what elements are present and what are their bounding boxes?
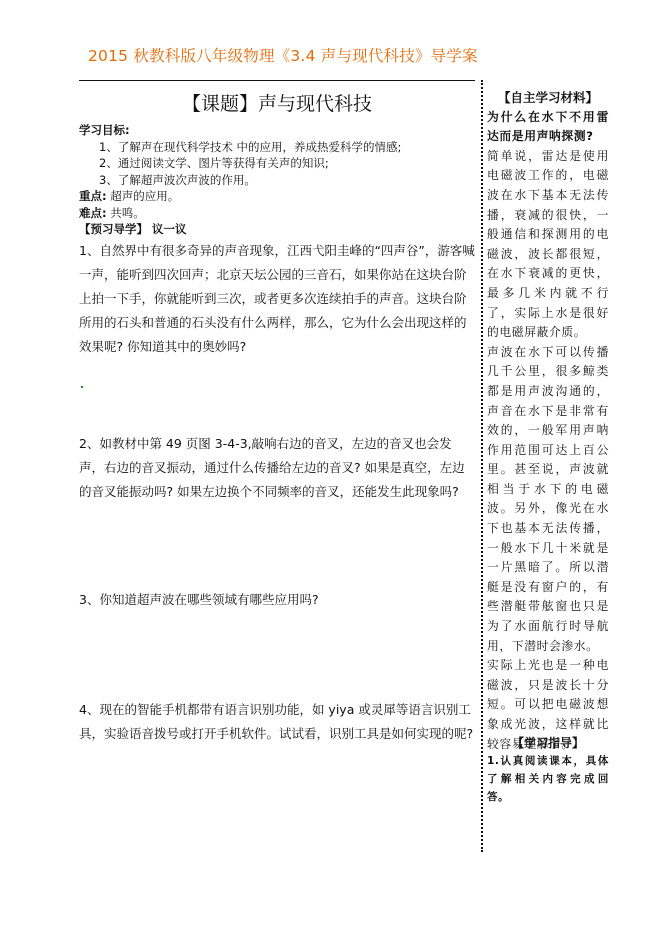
objectives-label: 学习目标:: [79, 122, 475, 139]
material-heading: 【自主学习材料】: [487, 88, 609, 108]
guide-text: 1.认真阅读课本，具体了解相关内容完成回答。: [487, 752, 609, 806]
objective-item: 3、了解超声波次声波的作用。: [79, 172, 475, 189]
material-paragraph: 简单说，雷达是使用电磁波工作的，电磁波在水下基本无法传播，衰减的很快，一般通信和…: [487, 147, 609, 343]
question-3: 3、你知道超声波在哪些领域有哪些应用吗?: [79, 588, 475, 612]
difficulty-label: 难点:: [79, 206, 107, 220]
material-question: 为什么在水下不用雷达而是用声呐探测?: [487, 108, 609, 147]
document-header-title: 2015 秋教科版八年级物理《3.4 声与现代科技》导学案: [88, 44, 478, 66]
sidebar-study-guide: 【学习指导】 1.认真阅读课本，具体了解相关内容完成回答。: [487, 734, 609, 806]
material-paragraph: 声波在水下可以传播几千公里，很多鲸类都是用声波沟通的，声音在水下是非常有效的，一…: [487, 343, 609, 657]
difficulty-text: 共鸣。: [110, 206, 145, 220]
sidebar-self-study-material: 【自主学习材料】 为什么在水下不用雷达而是用声呐探测? 简单说，雷达是使用电磁波…: [487, 88, 609, 754]
header-divider-line: [79, 80, 475, 81]
stray-mark: [81, 386, 83, 388]
objective-item: 1、了解声在现代科学技术 中的应用，养成热爱科学的情感;: [79, 139, 475, 156]
lesson-title: 【课题】声与现代科技: [79, 90, 475, 118]
question-2: 2、如教材中第 49 页图 3-4-3,敲响右边的音叉，左边的音叉也会发 声，右…: [79, 432, 475, 504]
column-divider-dotted: [481, 80, 483, 852]
difficulty: 难点: 共鸣。: [79, 205, 475, 222]
preview-section-heading: 【预习导学】 议一议: [79, 221, 475, 238]
guide-heading: 【学习指导】: [487, 734, 609, 752]
preview-section-sub: 议一议: [152, 222, 187, 236]
main-column: 【课题】声与现代科技 学习目标: 1、了解声在现代科学技术 中的应用，养成热爱科…: [79, 86, 475, 359]
objective-item: 2、通过阅读文学、图片等获得有关声的知识;: [79, 155, 475, 172]
preview-section-label: 【预习导学】: [79, 222, 148, 236]
question-4: 4、现在的智能手机都带有语言识别功能，如 yiya 或灵犀等语言识别工具，实验语…: [79, 698, 475, 746]
learning-objectives: 学习目标: 1、了解声在现代科学技术 中的应用，养成热爱科学的情感; 2、通过阅…: [79, 122, 475, 238]
key-point: 重点: 超声的应用。: [79, 188, 475, 205]
key-point-label: 重点:: [79, 189, 107, 203]
key-point-text: 超声的应用。: [110, 189, 179, 203]
question-1: 1、自然界中有很多奇异的声音现象，江西弋阳圭峰的“四声谷”，游客喊一声，能听到四…: [79, 239, 475, 359]
